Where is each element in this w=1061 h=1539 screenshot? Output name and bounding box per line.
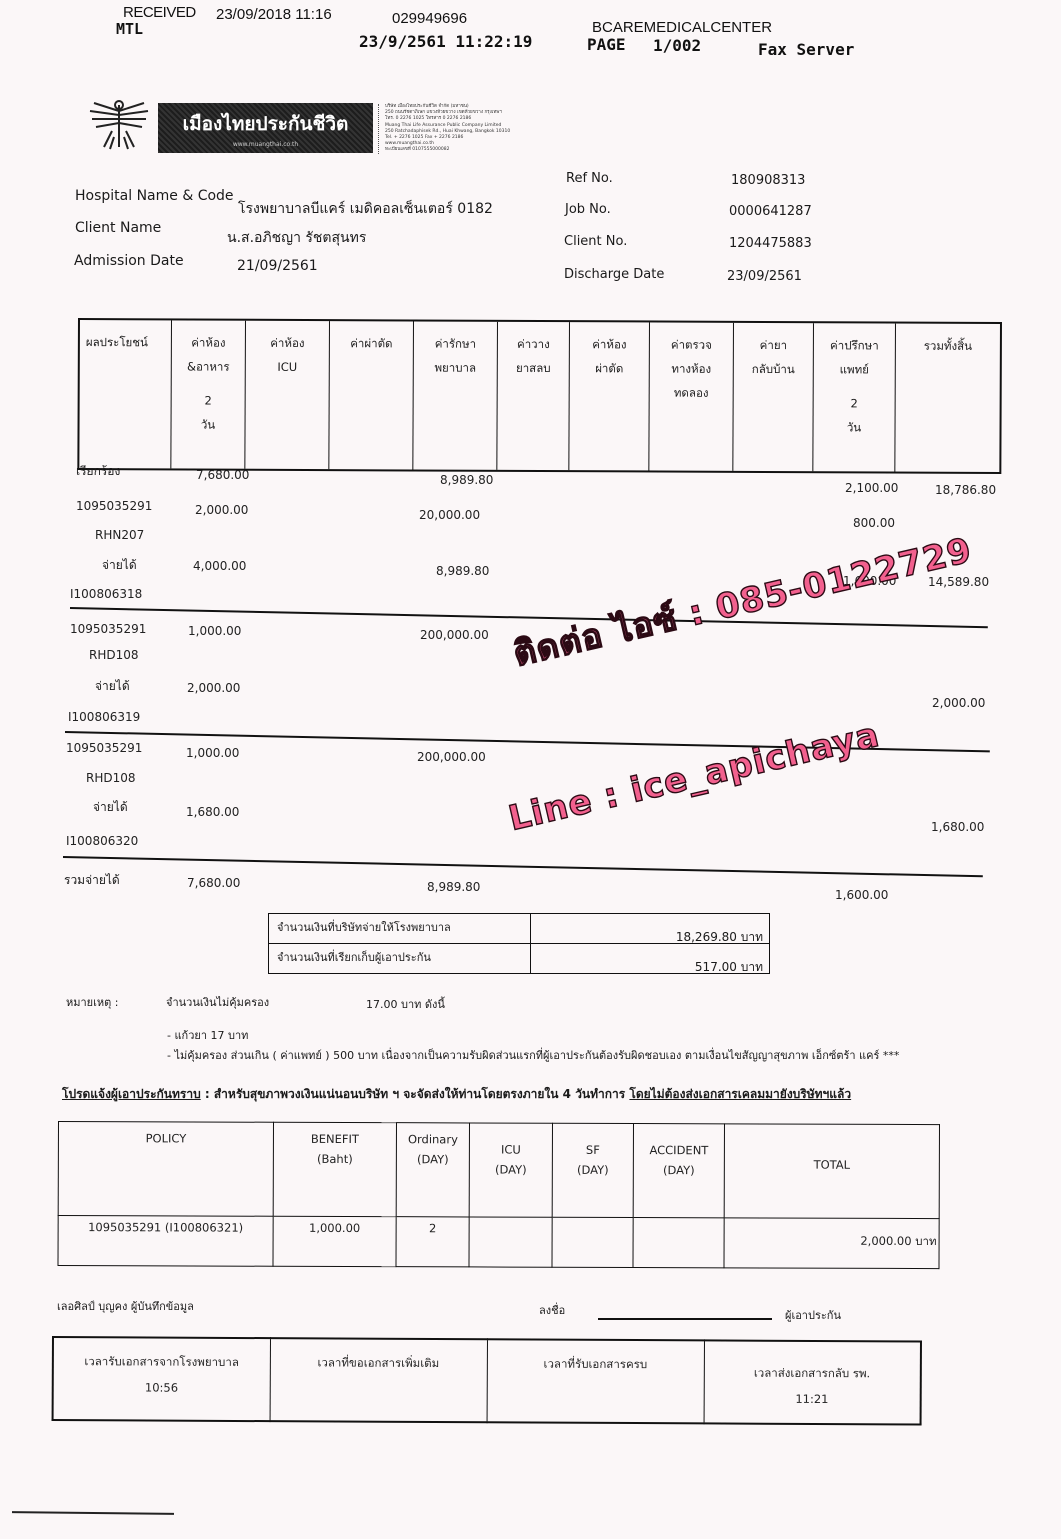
remark-item: - แก้วยา 17 บาท <box>167 1026 248 1044</box>
column-header: ผลประโยชน์ <box>79 320 172 468</box>
ref-no-label: Ref No. <box>566 171 613 186</box>
time-cell: เวลาส่งเอกสารกลับ รพ.11:21 <box>704 1340 921 1424</box>
sign-label: ลงชื่อ <box>539 1301 565 1319</box>
ref-no-value: 180908313 <box>731 173 805 188</box>
admission-date-value: 21/09/2561 <box>237 258 318 274</box>
column-header: ค่าห้องผ่าตัด <box>569 322 650 470</box>
policy-number: 1095035291 <box>66 741 142 755</box>
admission-date-label: Admission Date <box>74 253 184 269</box>
total-paid-label: รวมจ่ายได้ <box>64 871 120 890</box>
notice-emphasis: โดยไม่ต้องส่งเอกสารเคลมมายังบริษัทฯแล้ว <box>629 1087 851 1101</box>
company-logo-name: เมืองไทยประกันชีวิต <box>183 109 349 139</box>
plan-code: RHN207 <box>95 528 144 542</box>
hospital-value: โรงพยาบาลบีแคร์ เมดิคอลเซ็นเตอร์ 0182 <box>238 198 493 220</box>
remarks-label: หมายเหตุ : <box>66 993 118 1011</box>
discharge-date-value: 23/09/2561 <box>727 269 802 284</box>
policy-cell: 1095035291 (I100806321) <box>58 1216 273 1267</box>
claims-table-header: ผลประโยชน์ ค่าห้อง&อาหาร 2วัน ค่าห้องICU… <box>77 318 1002 474</box>
limit-nursing: 200,000.00 <box>420 628 489 642</box>
paid-nursing: 8,989.80 <box>436 564 489 578</box>
policy-number: 1095035291 <box>76 499 152 513</box>
uncovered-label: จำนวนเงินไม่คุ้มครอง <box>166 993 269 1011</box>
uncovered-value: 17.00 บาท ดังนี้ <box>366 995 445 1013</box>
claim-number: I100806319 <box>68 710 140 724</box>
limit-room: 1,000.00 <box>186 746 239 760</box>
column-header: ACCIDENT(DAY) <box>633 1124 724 1218</box>
benefit-cell: 1,000.00 <box>273 1216 396 1266</box>
limit-room: 1,000.00 <box>188 624 241 638</box>
time-cell: เวลาที่รับเอกสารครบ <box>487 1339 704 1423</box>
policy-benefit-table: POLICY BENEFIT(Baht) Ordinary(DAY) ICU(D… <box>57 1121 940 1269</box>
fax-page-value: 1/002 <box>653 36 701 55</box>
claimed-label: เรียกร้อง <box>76 462 120 481</box>
page-bottom-line <box>12 1511 174 1514</box>
contact-watermark-line2: Line : ice_apichaya <box>505 715 883 839</box>
claim-number: I100806318 <box>70 587 142 601</box>
column-header: ค่ายากลับบ้าน <box>733 323 814 471</box>
accident-days-cell <box>633 1218 724 1268</box>
paid-label: จ่ายได้ <box>102 556 137 575</box>
column-header: ค่าห้องICU <box>245 321 330 469</box>
total-cell: 2,000.00 บาท <box>724 1218 939 1269</box>
column-header: ICU(DAY) <box>469 1123 552 1217</box>
document-time-table: เวลารับเอกสารจากโรงพยาบาล10:56 เวลาที่ขอ… <box>52 1336 922 1426</box>
column-header: POLICY <box>58 1122 273 1217</box>
summary-value: 517.00 บาท <box>531 944 769 973</box>
column-header: BENEFIT(Baht) <box>273 1122 396 1216</box>
hospital-label: Hospital Name & Code <box>75 188 234 204</box>
fax-received-datetime: 23/09/2018 11:16 <box>216 6 332 23</box>
claimed-room: 7,680.00 <box>196 468 249 482</box>
client-name-label: Client Name <box>75 220 161 236</box>
paid-room: 1,680.00 <box>186 805 239 819</box>
paid-label: จ่ายได้ <box>95 677 130 696</box>
fax-sent-datetime: 23/9/2561 11:22:19 <box>359 32 532 51</box>
policy-table-row: 1095035291 (I100806321) 1,000.00 2 2,000… <box>58 1216 939 1269</box>
company-logo-tagline: www.muangthai.co.th <box>233 141 298 148</box>
column-header: ค่ารักษาพยาบาล <box>413 321 498 469</box>
row-divider <box>63 856 983 877</box>
fax-company-code: MTL <box>116 20 143 38</box>
insured-label: ผู้เอาประกัน <box>785 1306 841 1324</box>
column-header: ค่าตรวจทางห้องทดลอง <box>649 322 734 470</box>
company-logo: เมืองไทยประกันชีวิต www.muangthai.co.th <box>158 103 373 153</box>
notice-body: : สำหรับสุขภาพวงเงินแน่นอนบริษัท ฯ จะจัด… <box>201 1087 630 1101</box>
icu-days-cell <box>469 1217 552 1267</box>
total-paid-doctor: 1,600.00 <box>835 888 888 902</box>
policy-table-header: POLICY BENEFIT(Baht) Ordinary(DAY) ICU(D… <box>58 1122 939 1219</box>
paid-label: จ่ายได้ <box>93 798 128 817</box>
time-table-row: เวลารับเอกสารจากโรงพยาบาล10:56 เวลาที่ขอ… <box>53 1337 921 1425</box>
column-header: TOTAL <box>724 1124 939 1219</box>
remark-item: - ไม่คุ้มครอง ส่วนเกิน ( ค่าแพทย์ ) 500 … <box>167 1046 899 1064</box>
fax-number: 029949696 <box>392 10 467 27</box>
job-no-value: 0000641287 <box>729 204 812 219</box>
paid-total: 2,000.00 <box>932 696 985 710</box>
client-name-value: น.ส.อภิชญา รัชตสุนทร <box>227 227 366 249</box>
paid-total: 1,680.00 <box>931 820 984 834</box>
paid-room: 2,000.00 <box>187 681 240 695</box>
summary-label: จำนวนเงินที่บริษัทจ่ายให้โรงพยาบาล <box>269 914 531 943</box>
limit-nursing: 20,000.00 <box>419 508 480 522</box>
total-paid-nursing: 8,989.80 <box>427 880 480 894</box>
total-paid-room: 7,680.00 <box>187 876 240 890</box>
insured-notice: โปรดแจ้งผู้เอาประกันทราบ : สำหรับสุขภาพว… <box>62 1085 851 1104</box>
plan-code: RHD108 <box>86 771 136 785</box>
summary-label: จำนวนเงินที่เรียกเก็บผู้เอาประกัน <box>269 944 531 973</box>
ordinary-days-cell: 2 <box>396 1217 469 1267</box>
summary-row: จำนวนเงินที่เรียกเก็บผู้เอาประกัน 517.00… <box>269 943 769 973</box>
sf-days-cell <box>552 1217 633 1267</box>
paid-room: 4,000.00 <box>193 559 246 573</box>
plan-code: RHD108 <box>89 648 139 662</box>
column-header: ค่าผ่าตัด <box>329 321 414 469</box>
fax-received-label: RECEIVED <box>123 4 196 21</box>
column-header: ค่าวางยาสลบ <box>497 322 570 470</box>
column-header: ค่าห้อง&อาหาร 2วัน <box>171 320 246 468</box>
column-header: Ordinary(DAY) <box>396 1123 469 1217</box>
client-no-label: Client No. <box>564 234 627 249</box>
claim-number: I100806320 <box>66 834 138 848</box>
column-header: ค่าปรึกษาแพทย์ 2วัน <box>813 323 896 471</box>
summary-row: จำนวนเงินที่บริษัทจ่ายให้โรงพยาบาล 18,26… <box>269 914 769 943</box>
column-header: SF(DAY) <box>552 1123 633 1217</box>
time-cell: เวลาที่ขอเอกสารเพิ่มเติม <box>270 1338 487 1422</box>
payment-summary: จำนวนเงินที่บริษัทจ่ายให้โรงพยาบาล 18,26… <box>268 913 770 974</box>
address-line: ทะเบียนเลขที่ 0107555000082 <box>385 147 535 153</box>
recorder-name: เลอศิลป์ บุญคง ผู้บันทึกข้อมูล <box>57 1297 194 1315</box>
limit-room: 2,000.00 <box>195 503 248 517</box>
fax-sender: BCAREMEDICALCENTER <box>592 19 772 36</box>
column-header: รวมทั้งสิ้น <box>895 324 1000 472</box>
time-cell: เวลารับเอกสารจากโรงพยาบาล10:56 <box>53 1337 270 1421</box>
contact-watermark-line1: ติดต่อ ไอซ์ : 085-0122729 <box>508 522 977 680</box>
notice-heading: โปรดแจ้งผู้เอาประกันทราบ <box>62 1087 201 1101</box>
limit-doctor: 800.00 <box>853 516 895 530</box>
garuda-emblem-icon <box>84 97 154 152</box>
job-no-label: Job No. <box>565 202 611 217</box>
fax-page-label: PAGE <box>587 35 626 54</box>
policy-number: 1095035291 <box>70 622 146 636</box>
fax-server: Fax Server <box>758 40 854 59</box>
client-no-value: 1204475883 <box>729 236 812 251</box>
claimed-nursing: 8,989.80 <box>440 473 493 487</box>
limit-nursing: 200,000.00 <box>417 750 486 764</box>
signature-line[interactable] <box>598 1318 772 1320</box>
company-address: บริษัท เมืองไทยประกันชีวิต จำกัด (มหาชน)… <box>378 104 535 154</box>
claimed-total: 18,786.80 <box>935 483 996 497</box>
claimed-doctor: 2,100.00 <box>845 481 898 495</box>
summary-value: 18,269.80 บาท <box>531 914 769 943</box>
discharge-date-label: Discharge Date <box>564 267 664 282</box>
